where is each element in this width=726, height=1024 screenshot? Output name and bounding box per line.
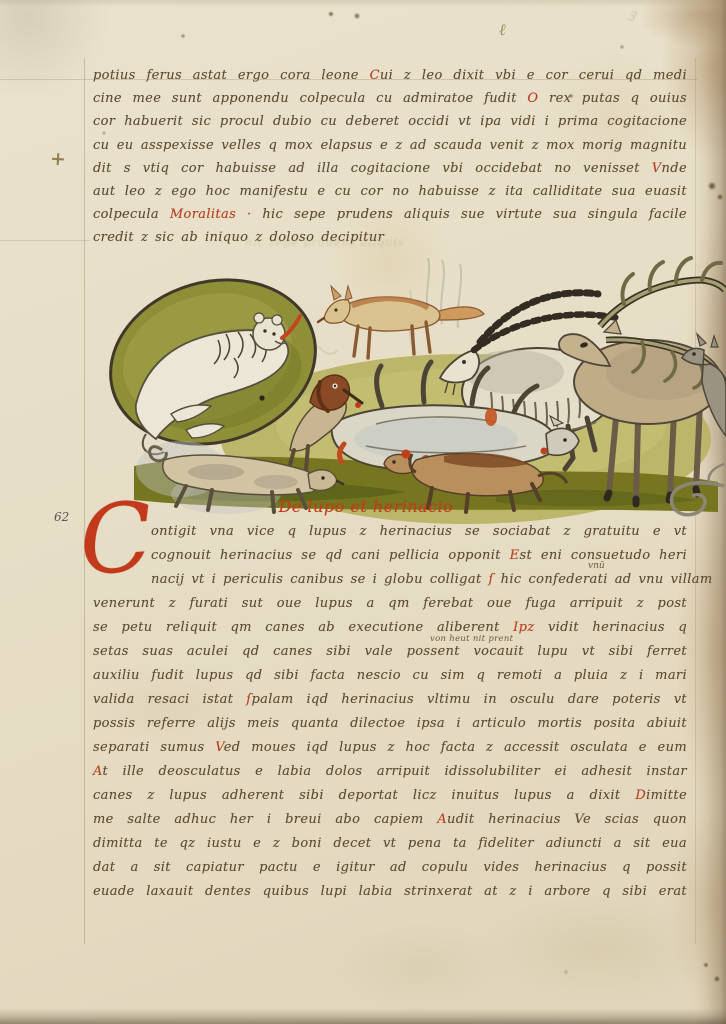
interlinear-gloss-german: von heut nit prent — [430, 634, 513, 644]
manuscript-line: potius ferus astat ergo cora leone Cui z… — [93, 64, 687, 87]
manuscript-line: auxiliu fudit lupus qd sibi facta nescio… — [93, 664, 687, 688]
manuscript-line: possis referre alijs meis quanta dilecto… — [93, 712, 687, 736]
manuscript-line: credit z sic ab iniquo z doloso decipitu… — [93, 226, 687, 249]
manuscript-line: aut leo z ego hoc manifestu e cu cor no … — [93, 180, 687, 203]
interlinear-note: vnū — [588, 561, 605, 571]
fable-illustration — [76, 254, 726, 524]
manuscript-line: dimitta te qz iustu e z boni decet vt pe… — [93, 832, 687, 856]
manuscript-line: valida resaci istat ſpalam iqd herinaciu… — [93, 688, 687, 712]
wormhole-dot — [259, 395, 264, 400]
manuscript-line: cine mee sunt apponendu colpecula cu adm… — [93, 87, 687, 110]
manuscript-line: nacij vt i periculis canibus se i globu … — [93, 568, 687, 592]
folio-mark: ℓ — [499, 20, 506, 40]
manuscript-page: ℓ ꝫ + 62 hic sepe prudens aliquis potius… — [0, 0, 726, 1024]
manuscript-line: me salte adhuc her i breui abo capiem Au… — [93, 808, 687, 832]
manuscript-line: cu eu asspexisse velles q mox elapsus e … — [93, 134, 687, 157]
upper-text-block: potius ferus astat ergo cora leone Cui z… — [93, 64, 687, 250]
manuscript-line: separati sumus Ved moues iqd lupus z hoc… — [93, 736, 687, 760]
margin-number: 62 — [54, 510, 69, 524]
margin-cross-mark: + — [49, 148, 66, 171]
manuscript-line: canes z lupus adherent sibi deportat lic… — [93, 784, 687, 808]
manuscript-line: colpecula Moralitas · hic sepe prudens a… — [93, 203, 687, 226]
ruling-margin — [0, 240, 90, 241]
manuscript-line: cor habuerit sic procul dubio cu deberet… — [93, 110, 687, 133]
decorated-initial: C — [77, 496, 145, 592]
manuscript-line: dat a sit capiatur pactu e igitur ad cop… — [93, 856, 687, 880]
main-text-block: ontigit vna vice q lupus z herinacius se… — [93, 520, 687, 904]
manuscript-line: euade laxauit dentes quibus lupi labia s… — [93, 880, 687, 904]
manuscript-line: se petu reliquit qm canes ab executione … — [93, 616, 687, 640]
manuscript-line: At ille deosculatus e labia dolos arripu… — [93, 760, 687, 784]
manuscript-line: ontigit vna vice q lupus z herinacius se… — [93, 520, 687, 544]
faint-corner-mark: ꝫ — [627, 3, 639, 22]
manuscript-line: dit s vtiq cor habuisse ad illa cogitaci… — [93, 157, 687, 180]
manuscript-line: venerunt z furati sut oue lupus a qm fer… — [93, 592, 687, 616]
chapter-heading: De lupo et herinacio — [278, 497, 454, 516]
manuscript-line: setas suas aculei qd canes sibi vale pos… — [93, 640, 687, 664]
